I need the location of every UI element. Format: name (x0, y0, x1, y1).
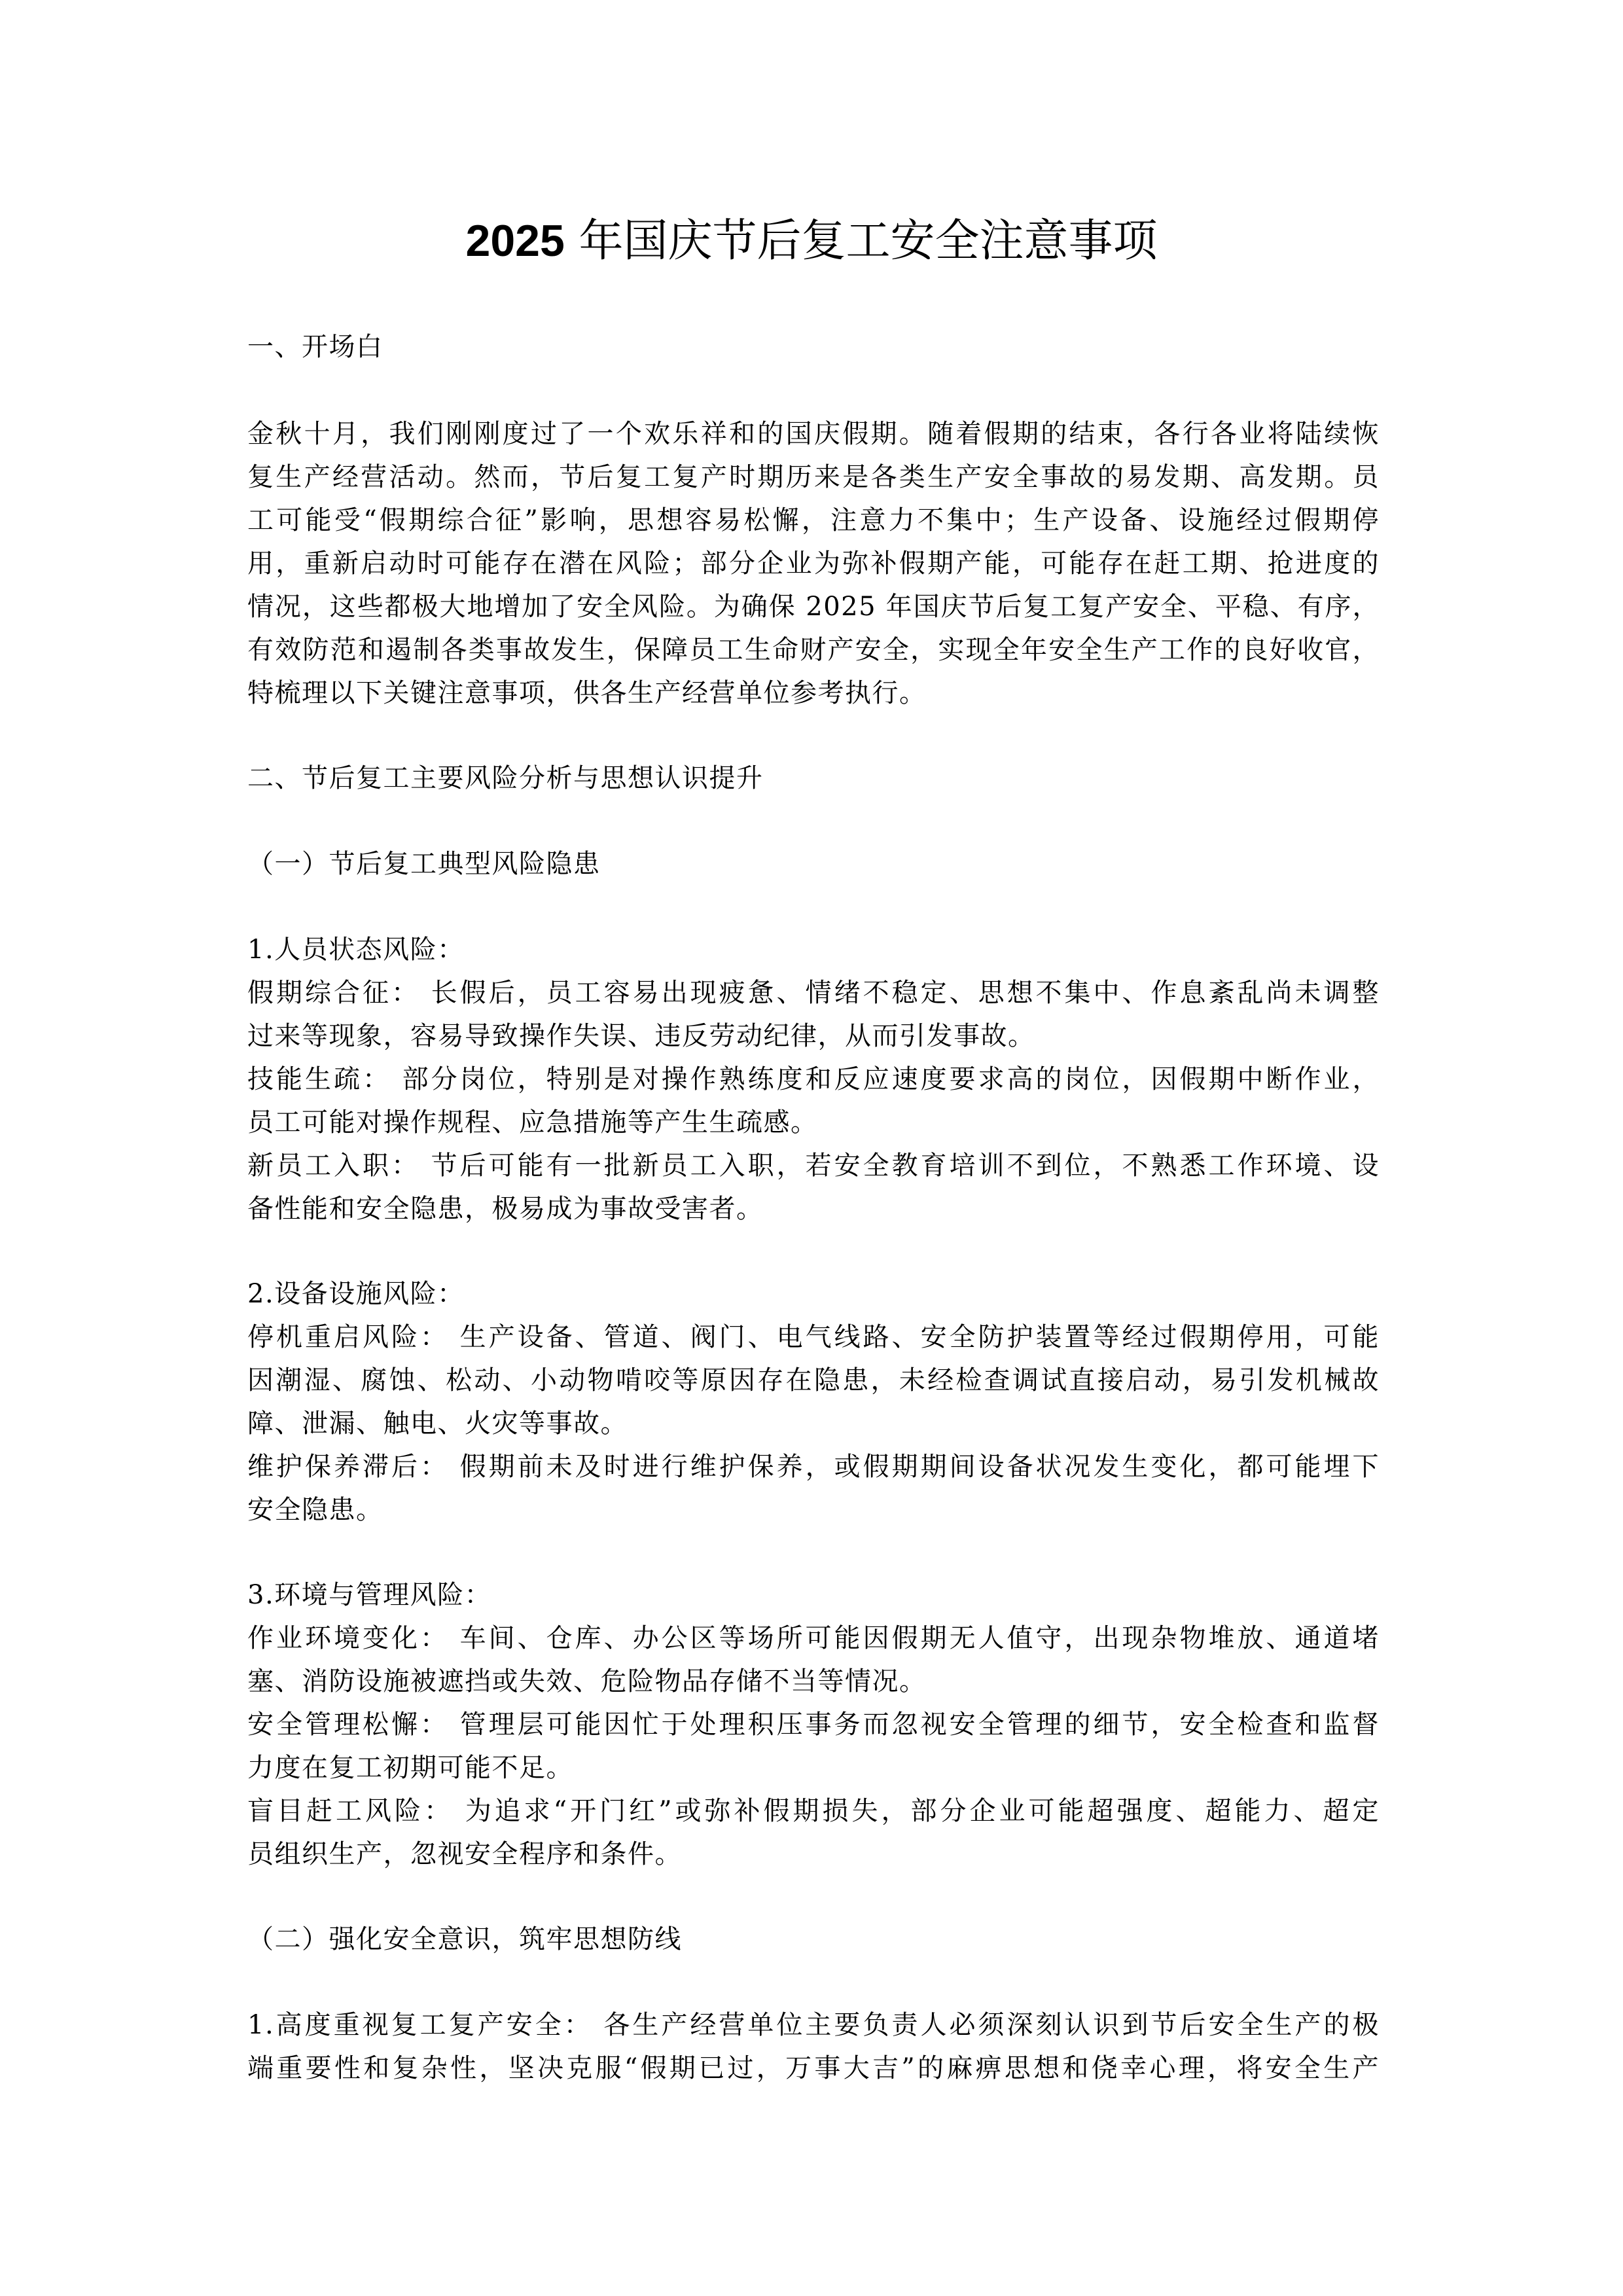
paragraph-line: 端重要性和复杂性，坚决克服“假期已过，万事大吉”的麻痹思想和侥幸心理，将安全生产 (247, 2049, 1380, 2088)
paragraph-line: 员组织生产，忽视安全程序和条件。 (247, 1835, 1380, 1874)
paragraph-line: 有效防范和遏制各类事故发生，保障员工生命财产安全，实现全年安全生产工作的良好收官… (247, 630, 1380, 670)
paragraph-line: 维护保养滞后： 假期前未及时进行维护保养，或假期期间设备状况发生变化，都可能埋下 (247, 1447, 1380, 1486)
paragraph-line: 用，重新启动时可能存在潜在风险；部分企业为弥补假期产能，可能存在赶工期、抢进度的 (247, 544, 1380, 583)
paragraph-line: 力度在复工初期可能不足。 (247, 1748, 1380, 1787)
paragraph-line: 情况，这些都极大地增加了安全风险。为确保 2025 年国庆节后复工复产安全、平稳… (247, 587, 1380, 626)
subsection-heading-safety-awareness: （二）强化安全意识，筑牢思想防线 (247, 1920, 1380, 1959)
paragraph-line: 作业环境变化： 车间、仓库、办公区等场所可能因假期无人值守，出现杂物堆放、通道堵 (247, 1619, 1380, 1658)
paragraph-line: 复生产经营活动。然而，节后复工复产时期历来是各类生产安全事故的易发期、高发期。员 (247, 457, 1380, 497)
paragraph-line: 金秋十月，我们刚刚度过了一个欢乐祥和的国庆假期。随着假期的结束，各行各业将陆续恢 (247, 414, 1380, 454)
paragraph-line: 1.高度重视复工复产安全： 各生产经营单位主要负责人必须深刻认识到节后安全生产的… (247, 2005, 1380, 2045)
paragraph-line: 过来等现象，容易导致操作失误、违反劳动纪律，从而引发事故。 (247, 1016, 1380, 1056)
paragraph-line: 盲目赶工风险： 为追求“开门红”或弥补假期损失，部分企业可能超强度、超能力、超定 (247, 1791, 1380, 1831)
paragraph-line: 塞、消防设施被遮挡或失效、危险物品存储不当等情况。 (247, 1662, 1380, 1701)
paragraph-line: 停机重启风险： 生产设备、管道、阀门、电气线路、安全防护装置等经过假期停用，可能 (247, 1318, 1380, 1357)
paragraph-line: 备性能和安全隐患，极易成为事故受害者。 (247, 1189, 1380, 1229)
item-heading-personnel-risk: 1.人员状态风险： (247, 930, 1380, 969)
paragraph-line: 员工可能对操作规程、应急措施等产生生疏感。 (247, 1103, 1380, 1142)
paragraph-line: 安全管理松懈： 管理层可能因忙于处理积压事务而忽视安全管理的细节，安全检查和监督 (247, 1705, 1380, 1744)
paragraph-line: 障、泄漏、触电、火灾等事故。 (247, 1404, 1380, 1443)
paragraph-line: 安全隐患。 (247, 1490, 1380, 1530)
document-page: 2025 年国庆节后复工安全注意事项 一、开场白 金秋十月，我们刚刚度过了一个欢… (0, 0, 1623, 2296)
section-heading-opening: 一、开场白 (247, 327, 1380, 367)
paragraph-line: 因潮湿、腐蚀、松动、小动物啃咬等原因存在隐患，未经检查调试直接启动，易引发机械故 (247, 1361, 1380, 1400)
item-heading-equipment-risk: 2.设备设施风险： (247, 1274, 1380, 1314)
document-title: 2025 年国庆节后复工安全注意事项 (0, 208, 1623, 274)
title-year: 2025 (466, 216, 565, 266)
item-heading-environment-risk: 3.环境与管理风险： (247, 1575, 1380, 1615)
section-heading-risk-analysis: 二、节后复工主要风险分析与思想认识提升 (247, 759, 1380, 798)
title-text: 年国庆节后复工安全注意事项 (565, 215, 1158, 267)
paragraph-line: 技能生疏： 部分岗位，特别是对操作熟练度和反应速度要求高的岗位，因假期中断作业， (247, 1060, 1380, 1099)
subsection-heading-typical-risks: （一）节后复工典型风险隐患 (247, 844, 1380, 884)
paragraph-line: 工可能受“假期综合征”影响，思想容易松懈，注意力不集中；生产设备、设施经过假期停 (247, 501, 1380, 540)
paragraph-line: 特梳理以下关键注意事项，供各生产经营单位参考执行。 (247, 673, 1380, 713)
paragraph-line: 假期综合征： 长假后，员工容易出现疲惫、情绪不稳定、思想不集中、作息紊乱尚未调整 (247, 973, 1380, 1013)
paragraph-line: 新员工入职： 节后可能有一批新员工入职，若安全教育培训不到位，不熟悉工作环境、设 (247, 1146, 1380, 1185)
